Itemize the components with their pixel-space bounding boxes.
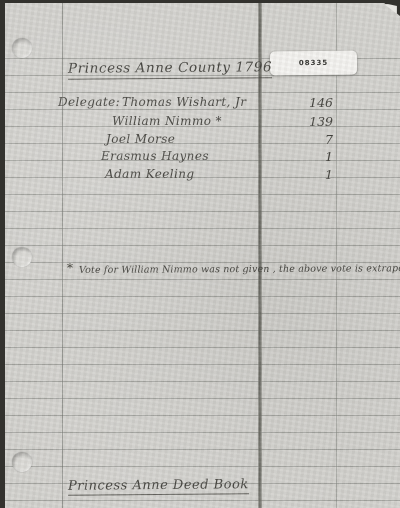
left-margin-line bbox=[62, 3, 63, 508]
center-crease-line bbox=[258, 3, 262, 508]
id-label-number: 08335 bbox=[299, 59, 328, 67]
notebook-page: 08335 Princess Anne County 1796 Delegate… bbox=[5, 3, 400, 508]
deed-book-caption: Princess Anne Deed Book bbox=[68, 477, 249, 496]
delegate-row: William Nimmo * 139 bbox=[5, 114, 400, 131]
punch-hole-middle bbox=[12, 247, 32, 267]
delegate-votes: 146 bbox=[270, 95, 333, 110]
delegate-votes: 1 bbox=[270, 149, 333, 164]
delegate-row: Erasmus Haynes 1 bbox=[5, 149, 400, 166]
delegate-name: Thomas Wishart, Jr bbox=[122, 95, 246, 109]
footnote-asterisk: * bbox=[67, 261, 73, 275]
delegate-name: Erasmus Haynes bbox=[101, 149, 209, 163]
footnote-text: Vote for William Nimmo was not given , t… bbox=[79, 263, 400, 276]
delegate-row: Adam Keeling 1 bbox=[5, 167, 400, 184]
delegate-votes: 1 bbox=[270, 167, 333, 182]
id-label-sticker: 08335 bbox=[270, 51, 357, 76]
delegate-name: William Nimmo * bbox=[112, 114, 222, 128]
delegate-votes: 7 bbox=[270, 132, 333, 147]
delegate-name: Adam Keeling bbox=[105, 167, 194, 181]
punch-hole-top bbox=[12, 38, 32, 58]
delegate-name: Joel Morse bbox=[106, 132, 175, 146]
delegate-votes: 139 bbox=[270, 114, 333, 129]
delegate-row: Thomas Wishart, Jr 146 bbox=[5, 95, 400, 112]
punch-hole-bottom bbox=[12, 452, 32, 472]
delegate-row: Joel Morse 7 bbox=[5, 132, 400, 149]
page-heading: Princess Anne County 1796 bbox=[68, 59, 272, 79]
right-column-line bbox=[336, 3, 337, 508]
